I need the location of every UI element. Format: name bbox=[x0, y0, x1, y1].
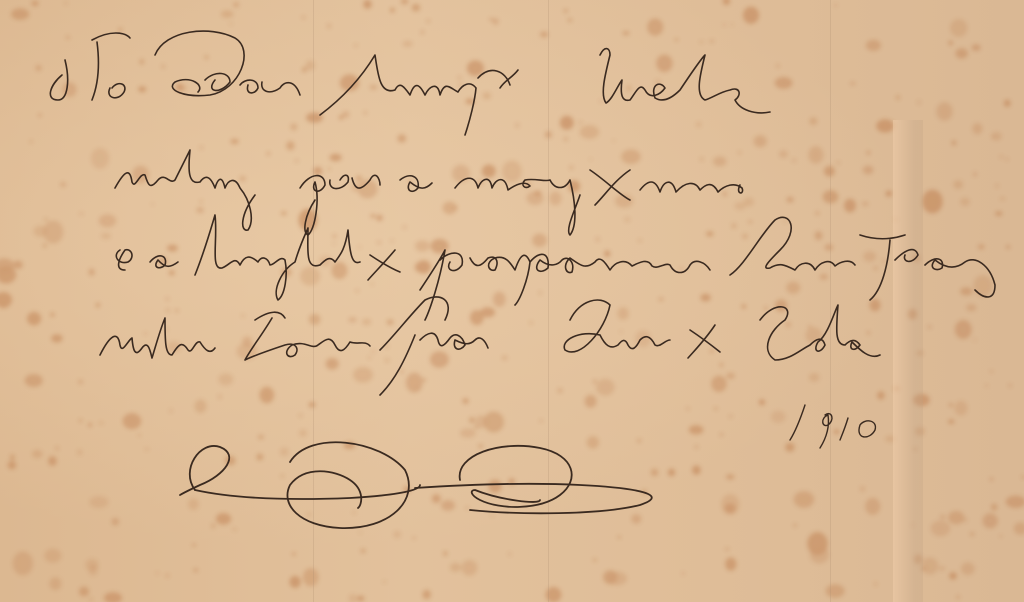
greeting-line: To Dear Aunty & Uncle bbox=[50, 55, 520, 101]
transcription-layer: To Dear Aunty & Uncle wishing you a merr… bbox=[0, 0, 1024, 602]
date-text: 1910 bbox=[790, 405, 856, 435]
wish-line: wishing you a merry Xmas bbox=[115, 160, 653, 206]
new-year-line: & a bright & prosperous New Year bbox=[115, 240, 822, 286]
handwritten-note-paper: (faint illegible pencil mark) To Dear Au… bbox=[0, 0, 1024, 602]
signature-line: with Love from Gus & Eda bbox=[100, 320, 638, 366]
